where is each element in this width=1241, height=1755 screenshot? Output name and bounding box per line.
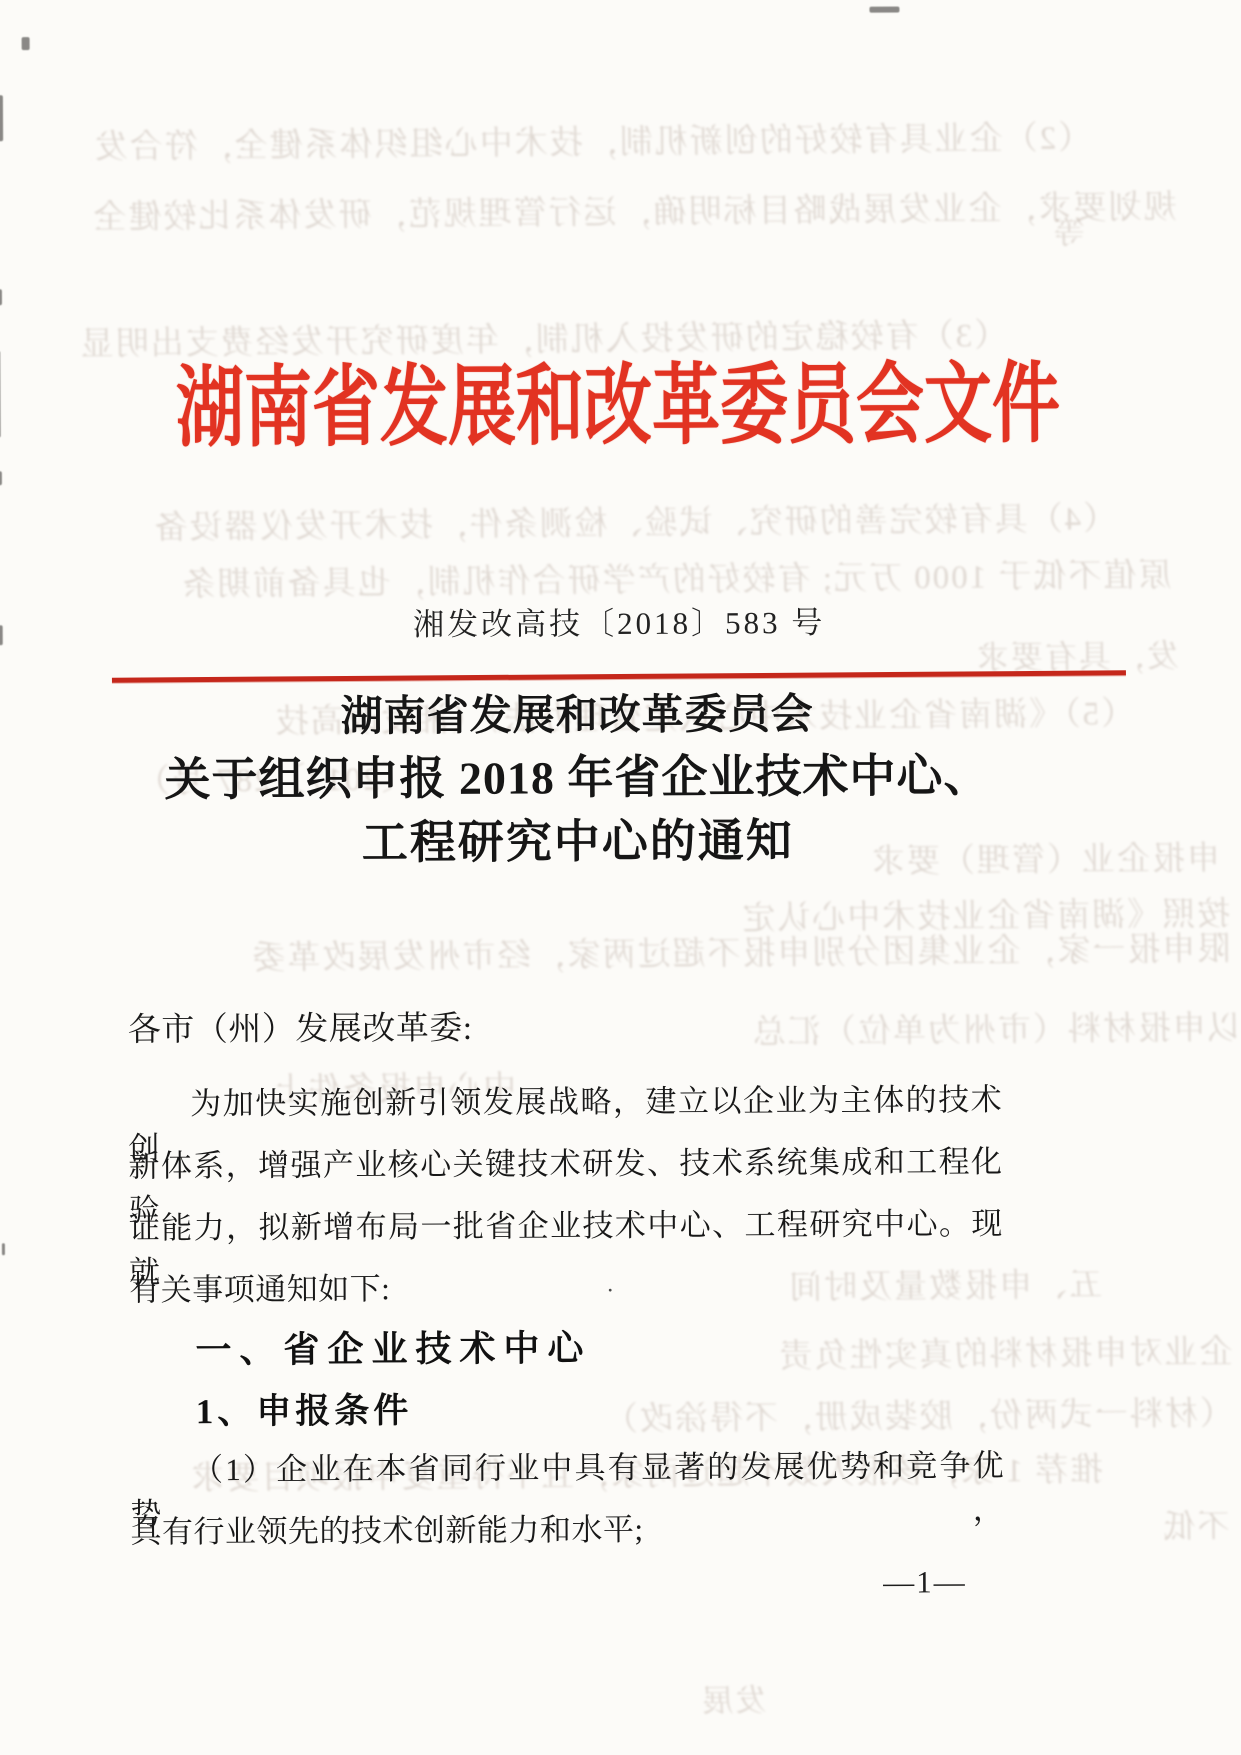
notice-title-line1: 湖南省发展和改革委员会 bbox=[0, 683, 1155, 749]
letterhead-title: 湖南省发展和改革委员会文件 bbox=[0, 333, 1239, 466]
notice-title-line3: 工程研究中心的通知 bbox=[0, 807, 1156, 877]
notice-title-line2: 关于组织申报 2018 年省企业技术中心、 bbox=[0, 743, 1156, 813]
document-number: 湘发改高技〔2018〕583 号 bbox=[0, 595, 1240, 646]
salutation: 各市（州）发展改革委: bbox=[128, 1004, 1002, 1053]
notice-title: 湖南省发展和改革委员会 关于组织申报 2018 年省企业技术中心、 工程研究中心… bbox=[0, 683, 1156, 877]
bleedthrough-text: （2）企业具有较好的创新机制，技术中心组织体系健全，符合发展 bbox=[91, 111, 1091, 168]
scan-smudge bbox=[869, 7, 899, 13]
bleedthrough-text: 等 bbox=[1040, 207, 1084, 252]
page-number: —1— bbox=[883, 1564, 967, 1600]
scan-smudge bbox=[0, 289, 2, 305]
bleedthrough-text: （4）具有较完善的研究、试验、检测条件，技术开发仪器设备 bbox=[86, 492, 1116, 549]
item-line: 具有行业领先的技术创新能力和水平; bbox=[130, 1506, 1004, 1555]
bleedthrough-text: 限申报一家，企业集团分别申报不超过两家，经市州发展改革委 bbox=[140, 922, 1230, 979]
document-page: （2）企业具有较好的创新机制，技术中心组织体系健全，符合发展规划要求，企业发展战… bbox=[0, 0, 1241, 1755]
bleedthrough-text: 发展 bbox=[656, 1675, 766, 1721]
letterhead-rule bbox=[112, 670, 1126, 682]
scan-smudge bbox=[2, 1243, 5, 1255]
ink-dot: · bbox=[606, 1278, 614, 1305]
scan-smudge bbox=[0, 95, 3, 141]
subsection-heading: 1、申报条件 bbox=[130, 1386, 1070, 1435]
bleedthrough-text: 按照《湖南省企业技术中心认定 bbox=[615, 887, 1230, 940]
scan-smudge bbox=[0, 471, 2, 485]
section-heading: 一、省企业技术中心 bbox=[129, 1324, 1069, 1373]
bleedthrough-text: 不低 bbox=[1049, 1500, 1229, 1548]
paragraph-line: 有关事项通知如下: bbox=[129, 1264, 1003, 1313]
bleedthrough-text: 规划要求，企业发展战略目标明确，运行管理规范，研发体系比较健全 bbox=[81, 181, 1176, 239]
scanned-sheet: （2）企业具有较好的创新机制，技术中心组织体系健全，符合发展规划要求，企业发展战… bbox=[0, 0, 1241, 1755]
scan-smudge bbox=[22, 37, 30, 50]
